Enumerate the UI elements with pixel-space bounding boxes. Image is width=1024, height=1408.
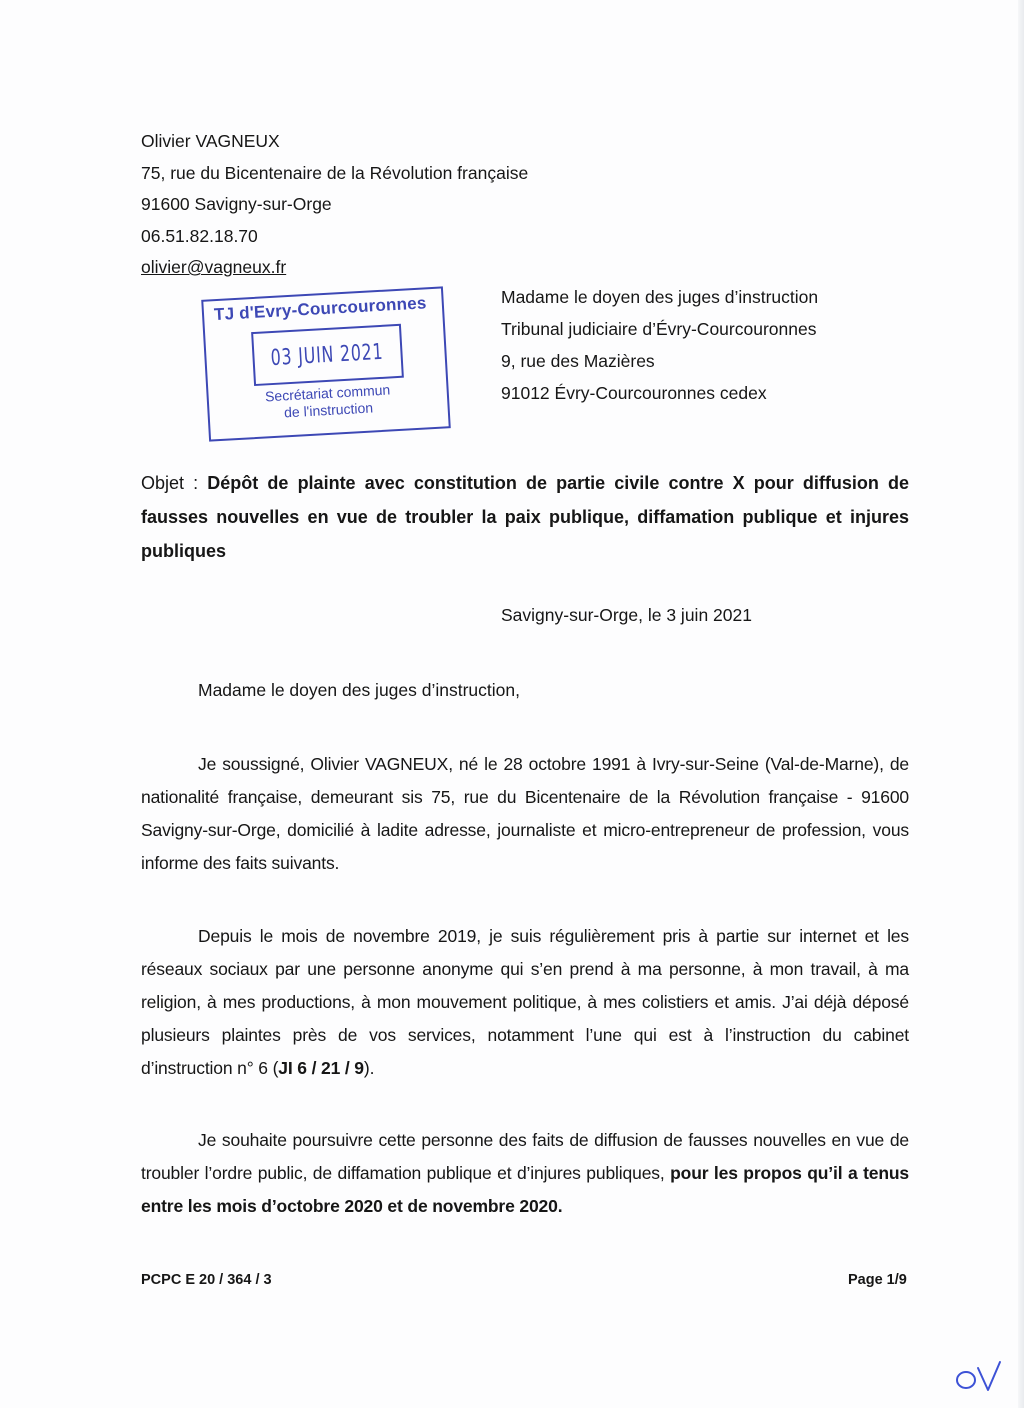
salutation: Madame le doyen des juges d’instruction, — [198, 680, 520, 701]
sender-email-link[interactable]: olivier@vagneux.fr — [141, 257, 286, 277]
recipient-block: Madame le doyen des juges d’instruction … — [501, 281, 818, 409]
paragraph-context-text: Depuis le mois de novembre 2019, je suis… — [141, 926, 909, 1078]
recipient-line4: 91012 Évry-Courcouronnes cedex — [501, 377, 818, 409]
paragraph-identity: Je soussigné, Olivier VAGNEUX, né le 28 … — [141, 748, 909, 880]
paragraph-request: Je souhaite poursuivre cette personne de… — [141, 1124, 909, 1223]
paragraph-context-end: ). — [364, 1058, 374, 1078]
recipient-line3: 9, rue des Mazières — [501, 345, 818, 377]
place-date: Savigny-sur-Orge, le 3 juin 2021 — [501, 605, 752, 626]
paragraph-context: Depuis le mois de novembre 2019, je suis… — [141, 920, 909, 1085]
stamp-service: Secrétariat commun de l'instruction — [208, 378, 448, 425]
handwritten-initials-icon — [952, 1356, 1012, 1396]
sender-name: Olivier VAGNEUX — [141, 126, 528, 158]
footer-reference: PCPC E 20 / 364 / 3 — [141, 1272, 272, 1288]
subject-label: Objet : — [141, 473, 207, 493]
page-edge — [1018, 0, 1024, 1408]
footer-page-number: Page 1/9 — [848, 1272, 907, 1288]
case-reference: JI 6 / 21 / 9 — [278, 1058, 364, 1078]
stamp-date-box: 03 JUIN 2021 — [251, 324, 404, 386]
sender-phone: 06.51.82.18.70 — [141, 221, 528, 253]
recipient-line1: Madame le doyen des juges d’instruction — [501, 281, 818, 313]
subject-text: Dépôt de plainte avec constitution de pa… — [141, 473, 909, 561]
recipient-line2: Tribunal judiciaire d’Évry-Courcouronnes — [501, 313, 818, 345]
stamp-court: TJ d'Evry-Courcouronnes — [214, 293, 427, 325]
sender-block: Olivier VAGNEUX 75, rue du Bicentenaire … — [141, 126, 528, 284]
reception-stamp: TJ d'Evry-Courcouronnes 03 JUIN 2021 Sec… — [201, 286, 451, 441]
sender-address-line1: 75, rue du Bicentenaire de la Révolution… — [141, 158, 528, 190]
sender-address-line2: 91600 Savigny-sur-Orge — [141, 189, 528, 221]
stamp-date: 03 JUIN 2021 — [270, 339, 384, 370]
subject-line: Objet : Dépôt de plainte avec constituti… — [141, 466, 909, 568]
